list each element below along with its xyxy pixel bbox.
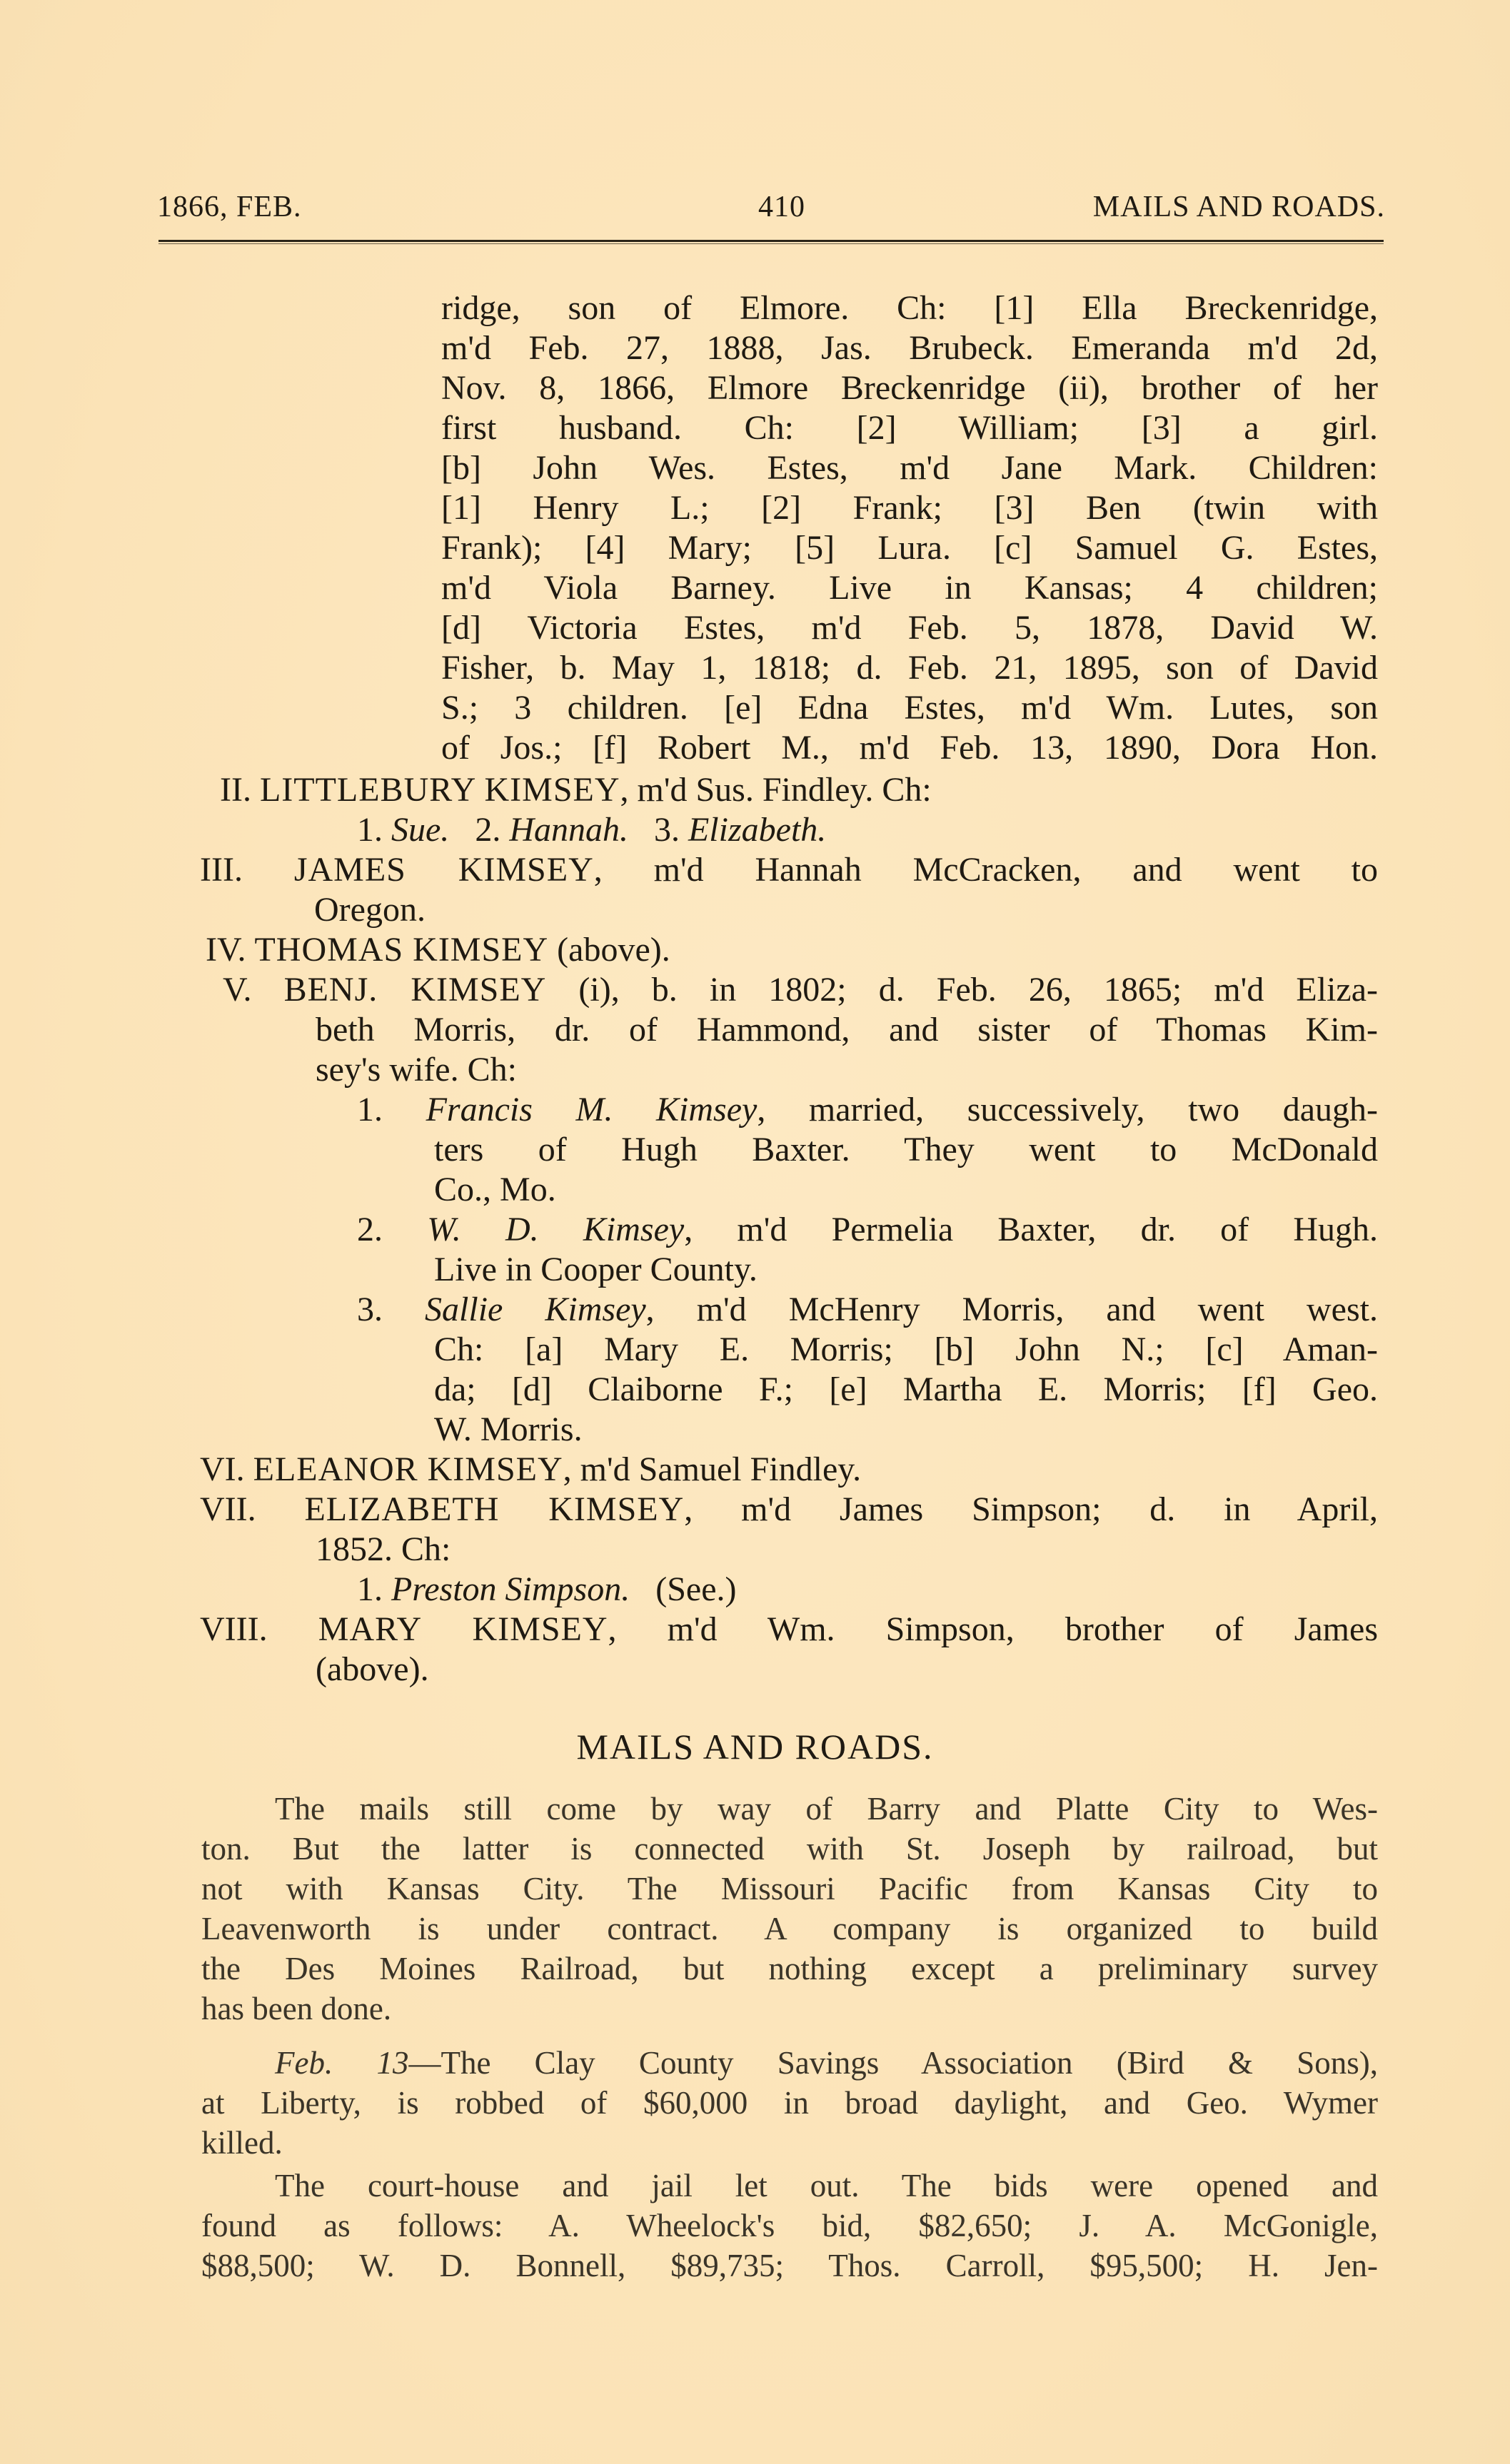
entry-name: THOMAS KIMSEY — [254, 931, 548, 969]
entry-text: , m'd Sus. Findley. Ch: — [620, 771, 932, 809]
text-line: the Des Moines Railroad, but nothing exc… — [201, 1949, 1378, 1989]
child-name: W. D. Kimsey — [427, 1211, 684, 1248]
child-cont: Live in Cooper County. — [434, 1250, 757, 1290]
text-line: m'd Viola Barney. Live in Kansas; 4 chil… — [441, 568, 1378, 608]
section-heading: MAILS AND ROADS. — [0, 1726, 1510, 1767]
text-line: [1] Henry L.; [2] Frank; [3] Ben (twin w… — [441, 488, 1378, 528]
child-text: , m'd Permelia Baxter, dr. of Hugh. — [684, 1211, 1378, 1248]
entry-text: , m'd Samuel Findley. — [563, 1450, 862, 1488]
child-text: (See.) — [655, 1570, 736, 1608]
running-head-title: MAILS AND ROADS. — [1093, 190, 1385, 224]
page-number: 410 — [758, 190, 805, 224]
text-line: Leavenworth is under contract. A company… — [201, 1909, 1378, 1949]
text-line: found as follows: A. Wheelock's bid, $82… — [201, 2206, 1378, 2246]
child-number: 1. — [357, 1091, 383, 1129]
child-name: Elizabeth. — [688, 811, 826, 849]
child-cont: Co., Mo. — [434, 1170, 556, 1210]
entry-text: (i), b. in 1802; d. Feb. 26, 1865; m'd E… — [546, 971, 1378, 1009]
text-line: m'd Feb. 27, 1888, Jas. Brubeck. Emerand… — [441, 328, 1378, 368]
text-line: Nov. 8, 1866, Elmore Breckenridge (ii), … — [441, 368, 1378, 408]
text-line: [b] John Wes. Estes, m'd Jane Mark. Chil… — [441, 448, 1378, 488]
text-line: first husband. Ch: [2] William; [3] a gi… — [441, 408, 1378, 448]
text-line: killed. — [201, 2123, 283, 2163]
entry-viii-cont: (above). — [316, 1650, 429, 1690]
text-line: The mails still come by way of Barry and… — [275, 1789, 1378, 1829]
child-entry: 3. Sallie Kimsey, m'd McHenry Morris, an… — [357, 1290, 1378, 1330]
entry-name: LITTLEBURY KIMSEY — [260, 771, 620, 809]
child-entry: 1. Francis M. Kimsey, married, successiv… — [357, 1090, 1378, 1130]
entry-date: Feb. 13 — [275, 2045, 408, 2081]
entry-numeral: VII. — [200, 1490, 256, 1528]
child-entry: 2. W. D. Kimsey, m'd Permelia Baxter, dr… — [357, 1210, 1378, 1250]
entry-name: MARY KIMSEY — [318, 1610, 608, 1648]
entry-numeral: II. — [220, 771, 251, 809]
child-cont: Ch: [a] Mary E. Morris; [b] John N.; [c]… — [434, 1330, 1378, 1370]
entry-vi: VI. ELEANOR KIMSEY, m'd Samuel Findley. — [200, 1450, 861, 1490]
entry-v-cont: beth Morris, dr. of Hammond, and sister … — [316, 1010, 1378, 1050]
entry-numeral: IV. — [206, 931, 246, 969]
entry-v-cont: sey's wife. Ch: — [316, 1050, 517, 1090]
child-number: 1. — [357, 811, 383, 849]
text-line: Fisher, b. May 1, 1818; d. Feb. 21, 1895… — [441, 648, 1378, 688]
entry-numeral: VIII. — [200, 1610, 268, 1648]
child-number: 3. — [654, 811, 680, 849]
entry-name: BENJ. KIMSEY — [284, 971, 547, 1009]
text-line: $88,500; W. D. Bonnell, $89,735; Thos. C… — [201, 2246, 1378, 2286]
text-line: S.; 3 children. [e] Edna Estes, m'd Wm. … — [441, 688, 1378, 728]
text-span: —The Clay County Savings Association (Bi… — [408, 2045, 1378, 2081]
entry-numeral: V. — [223, 971, 251, 1009]
text-line: Feb. 13—The Clay County Savings Associat… — [275, 2043, 1378, 2083]
child-text: , married, successively, two daugh- — [757, 1091, 1378, 1129]
text-line: Frank); [4] Mary; [5] Lura. [c] Samuel G… — [441, 528, 1378, 568]
entry-iv: IV. THOMAS KIMSEY (above). — [206, 930, 670, 970]
child-number: 2. — [475, 811, 500, 849]
entry-text: , m'd James Simpson; d. in April, — [684, 1490, 1378, 1528]
text-line: not with Kansas City. The Missouri Pacif… — [201, 1869, 1378, 1909]
child-text: , m'd McHenry Morris, and went west. — [646, 1291, 1378, 1328]
child-cont: ters of Hugh Baxter. They went to McDona… — [434, 1130, 1378, 1170]
child-cont: da; [d] Claiborne F.; [e] Martha E. Morr… — [434, 1370, 1378, 1410]
entry-numeral: III. — [200, 851, 243, 889]
text-line: ton. But the latter is connected with St… — [201, 1829, 1378, 1869]
text-line: of Jos.; [f] Robert M., m'd Feb. 13, 189… — [441, 728, 1378, 768]
text-line: [d] Victoria Estes, m'd Feb. 5, 1878, Da… — [441, 608, 1378, 648]
entry-vii-cont: 1852. Ch: — [316, 1530, 451, 1570]
child-cont: W. Morris. — [434, 1410, 583, 1450]
entry-ii: II. LITTLEBURY KIMSEY, m'd Sus. Findley.… — [220, 770, 932, 810]
entry-name: JAMES KIMSEY — [294, 851, 594, 889]
entry-iii: III. JAMES KIMSEY, m'd Hannah McCracken,… — [200, 850, 1378, 890]
text-line: at Liberty, is robbed of $60,000 in broa… — [201, 2083, 1378, 2123]
child-name: Preston Simpson. — [391, 1570, 630, 1608]
entry-name: ELEANOR KIMSEY — [253, 1450, 563, 1488]
entry-text: , m'd Hannah McCracken, and went to — [594, 851, 1378, 889]
running-head-date: 1866, FEB. — [157, 190, 302, 224]
text-line: has been done. — [201, 1989, 391, 2029]
text-line: ridge, son of Elmore. Ch: [1] Ella Breck… — [441, 288, 1378, 328]
running-head: 1866, FEB. 410 MAILS AND ROADS. — [157, 190, 1385, 233]
child-number: 3. — [357, 1291, 383, 1328]
book-page: 1866, FEB. 410 MAILS AND ROADS. ridge, s… — [0, 0, 1510, 2464]
child-name: Sue. — [391, 811, 449, 849]
entry-viii: VIII. MARY KIMSEY, m'd Wm. Simpson, brot… — [200, 1610, 1378, 1650]
entry-v: V. BENJ. KIMSEY (i), b. in 1802; d. Feb.… — [223, 970, 1378, 1010]
entry-text: , m'd Wm. Simpson, brother of James — [608, 1610, 1379, 1648]
child-entry: 1. Preston Simpson. (See.) — [357, 1570, 737, 1610]
entry-iii-cont: Oregon. — [314, 890, 426, 930]
child-name: Sallie Kimsey — [425, 1291, 646, 1328]
child-number: 1. — [357, 1570, 383, 1608]
text-line: The court-house and jail let out. The bi… — [275, 2166, 1378, 2206]
entry-text: (above). — [548, 931, 670, 969]
child-name: Francis M. Kimsey — [426, 1091, 757, 1129]
entry-ii-children: 1. Sue. 2. Hannah. 3. Elizabeth. — [357, 810, 826, 850]
child-name: Hannah. — [509, 811, 628, 849]
entry-numeral: VI. — [200, 1450, 245, 1488]
entry-name: ELIZABETH KIMSEY — [304, 1490, 684, 1528]
entry-vii: VII. ELIZABETH KIMSEY, m'd James Simpson… — [200, 1490, 1378, 1530]
header-rule — [158, 240, 1384, 244]
child-number: 2. — [357, 1211, 383, 1248]
